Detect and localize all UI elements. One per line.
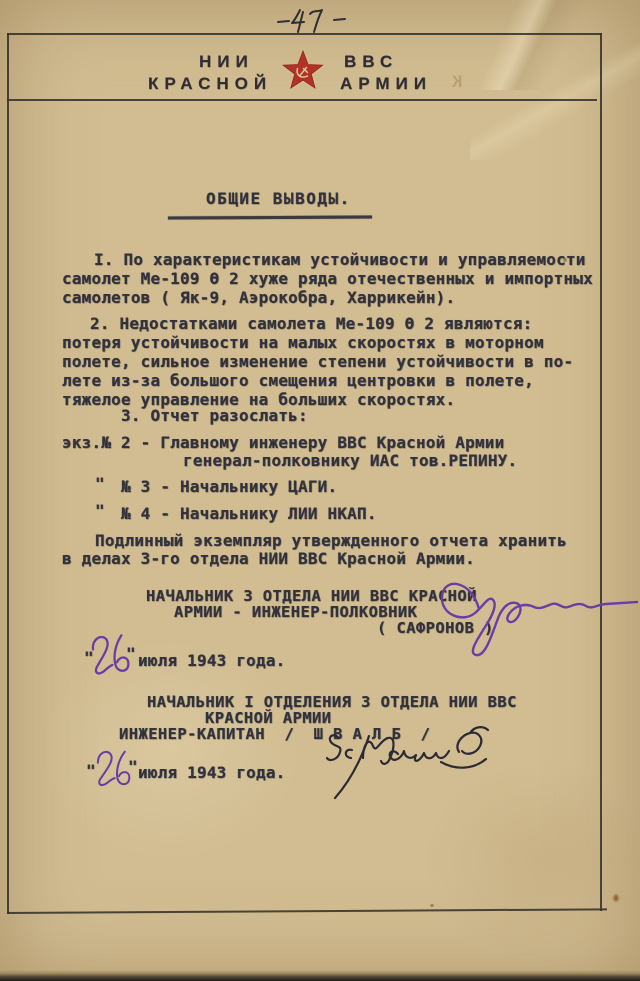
safronov-signature: Сафронов xyxy=(433,563,640,665)
para1-line1: I. По характеристикам устойчивости и упр… xyxy=(94,250,586,269)
letterhead-org-right-bottom: АРМИИ xyxy=(340,74,432,94)
paper-crease xyxy=(400,0,640,90)
ink-bleed-ghost-text: К xyxy=(447,72,462,92)
handwritten-page-number: 47 xyxy=(276,5,348,35)
paper-speck xyxy=(430,904,434,907)
dist-copy2-line1: экз.№ 2 - Главному инженеру ВВС Красной … xyxy=(62,433,504,452)
date1-close-quote: " xyxy=(126,644,136,663)
date1-text: июля 1943 года. xyxy=(138,651,286,670)
section3-heading: 3. Отчет разослать: xyxy=(121,406,308,425)
frame-top-border xyxy=(7,33,602,35)
para2-line2: потеря устойчивости на малых скоростях в… xyxy=(62,333,544,352)
dist-copy4-line: № 4 - Начальнику ЛИИ НКАП. xyxy=(121,504,377,523)
letterhead-org-left-bottom: КРАСНОЙ xyxy=(148,74,272,94)
letterhead-org-right-top: ВВС xyxy=(344,52,398,72)
letterhead-org-left-top: НИИ xyxy=(199,52,254,72)
para2-line3: полете, сильное изменение степени устойч… xyxy=(62,352,573,371)
note-line1: Подлинный экземпляр утвержденного отчета… xyxy=(95,531,567,550)
frame-left-border xyxy=(7,33,9,914)
letterhead-separator-line xyxy=(7,99,597,101)
title-underline xyxy=(168,215,372,219)
page-number-dash-left xyxy=(278,21,289,22)
document-title: ОБЩИЕ ВЫВОДЫ. xyxy=(206,189,351,208)
red-star-icon xyxy=(282,49,324,95)
page-bottom-edge-shadow xyxy=(0,970,640,981)
dist-copy3-ditto-mark: " xyxy=(95,474,105,493)
para2-line1: 2. Недостатками самолета Ме-109 Ѳ 2 явля… xyxy=(90,314,532,333)
paper-stain xyxy=(40,640,300,860)
frame-right-border xyxy=(600,33,602,911)
para2-line4: лете из-за большого смещения центровки в… xyxy=(62,371,534,390)
dist-copy3-line: № 3 - Начальнику ЦАГИ. xyxy=(121,477,337,496)
paper-speck xyxy=(612,893,620,903)
shvalb-signature: Е.Швалб xyxy=(323,724,519,804)
star-shape xyxy=(283,51,322,88)
date2-close-quote: " xyxy=(128,757,138,776)
note-line2: в делах 3-го отдела НИИ ВВС Красной Арми… xyxy=(62,549,475,568)
date2-text: июля 1943 года. xyxy=(138,763,286,782)
para1-line2: самолет Ме-109 Ѳ 2 хуже ряда отечественн… xyxy=(62,269,593,288)
scanned-document-page: 47 НИИ ВВС КРАСНОЙ АРМИИ К ОБЩИЕ ВЫВОДЫ.… xyxy=(0,0,640,981)
page-number-dash-right xyxy=(334,19,345,20)
para1-line3: самолетов ( Як-9, Аэрокобра, Харрикейн). xyxy=(62,288,455,307)
dist-copy2-line2: генерал-полковнику ИАС тов.РЕПИНУ. xyxy=(183,451,517,470)
dist-copy4-ditto-mark: " xyxy=(95,501,105,520)
frame-bottom-border xyxy=(7,908,607,914)
